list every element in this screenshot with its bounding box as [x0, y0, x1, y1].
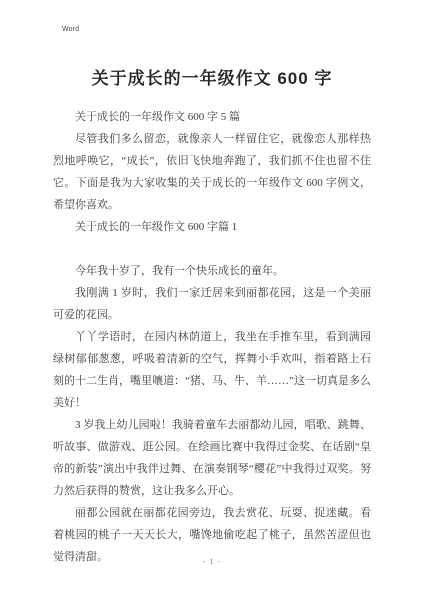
- document-body: 关于成长的一年级作文 600 字 5 篇 尽管我们多么留恋，就像亲人一样留住它，…: [53, 106, 371, 568]
- paragraph-body-2: 我刚满 1 岁时，我们一家迁居来到丽都花园，这是一个美丽可爱的花园。: [53, 282, 371, 326]
- paragraph-section-heading: 关于成长的一年级作文 600 字篇 1: [53, 216, 371, 238]
- document-page: Word 关于成长的一年级作文 600 字 关于成长的一年级作文 600 字 5…: [0, 0, 424, 600]
- paragraph-body-3: 丫丫学语时，在园内林荫道上，我坐在手推车里，看到满园绿树郁郁葱葱，呼吸着清新的空…: [53, 326, 371, 414]
- paragraph-heading-lead: 关于成长的一年级作文 600 字 5 篇: [53, 106, 371, 128]
- word-app-label: Word: [62, 26, 79, 33]
- paragraph-body-4: 3 岁我上幼儿园啦！我骑着童车去丽都幼儿园，唱歌、跳舞、听故事、做游戏、逛公园。…: [53, 414, 371, 502]
- paragraph-intro: 尽管我们多么留恋，就像亲人一样留住它，就像恋人那样热烈地呼唤它，“成长”，依旧飞…: [53, 128, 371, 216]
- page-number: - 1 -: [0, 557, 424, 566]
- document-title: 关于成长的一年级作文 600 字: [0, 64, 424, 89]
- paragraph-blank-line: [53, 238, 371, 260]
- paragraph-body-1: 今年我十岁了，我有一个快乐成长的童年。: [53, 260, 371, 282]
